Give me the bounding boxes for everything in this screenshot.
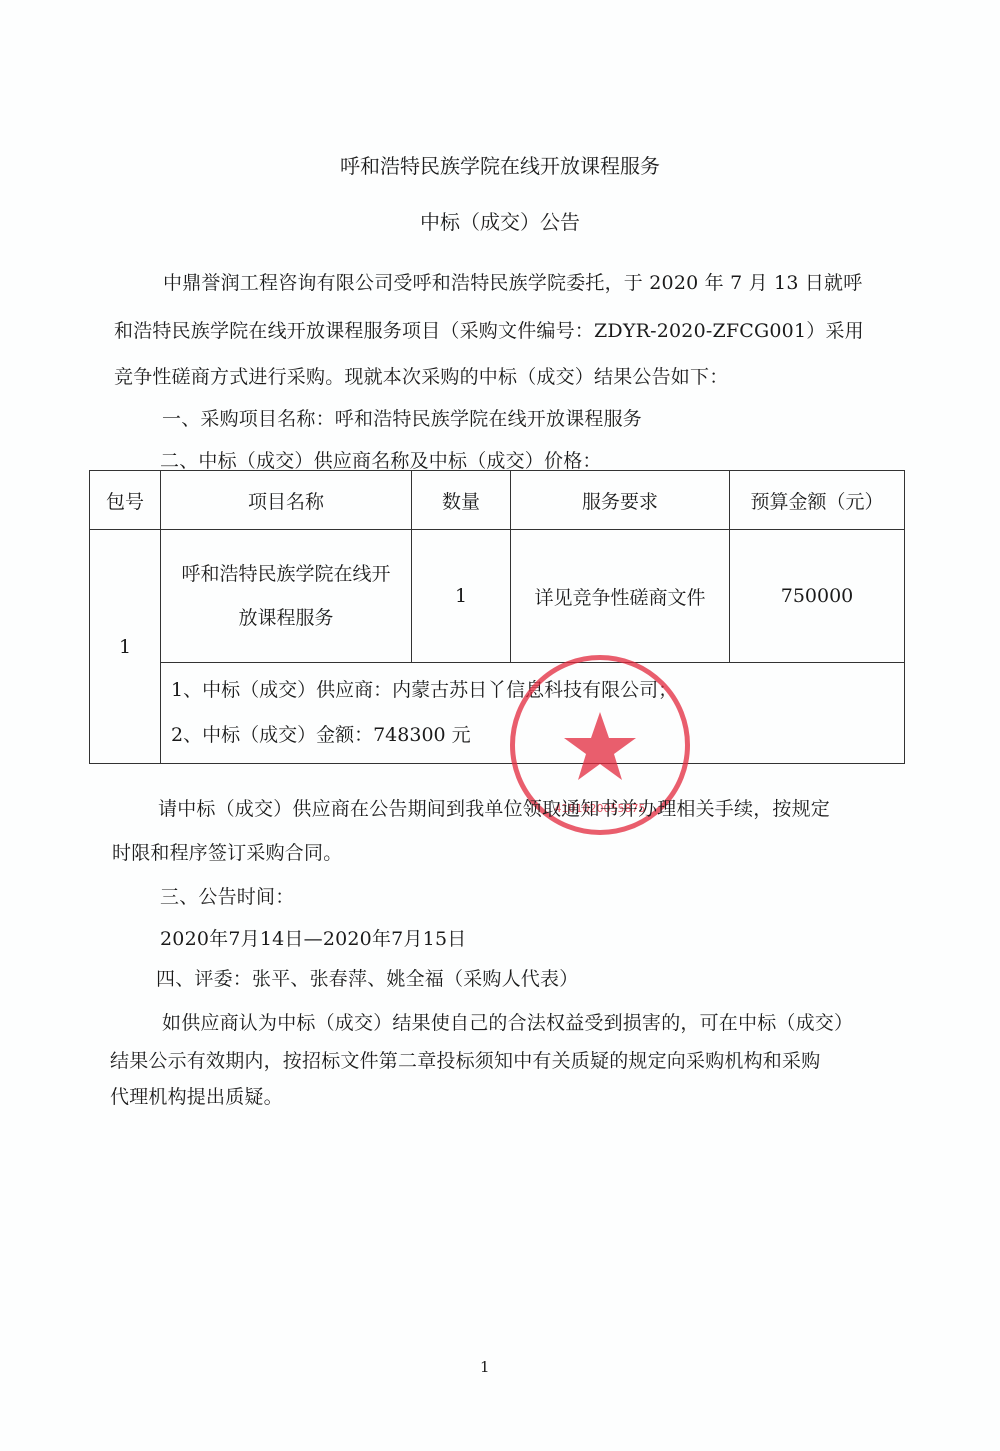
header-project-name: 项目名称 bbox=[161, 471, 412, 530]
closing-line-1: 如供应商认为中标（成交）结果使自己的合法权益受到损害的，可在中标（成交） bbox=[162, 1008, 853, 1035]
table-header-row: 包号 项目名称 数量 服务要求 预算金额（元） bbox=[90, 471, 905, 530]
doc-subtitle: 中标（成交）公告 bbox=[0, 206, 1000, 235]
notice-line-1: 请中标（成交）供应商在公告期间到我单位领取通知书并办理相关手续，按规定 bbox=[158, 794, 830, 821]
section-1: 一、采购项目名称：呼和浩特民族学院在线开放课程服务 bbox=[162, 404, 642, 431]
project-name-line-2: 放课程服务 bbox=[161, 596, 411, 640]
header-package: 包号 bbox=[90, 471, 161, 530]
header-budget: 预算金额（元） bbox=[730, 471, 905, 530]
section-3: 三、公告时间： bbox=[160, 882, 294, 909]
table-result-row: 1、中标（成交）供应商：内蒙古苏日丫信息科技有限公司； 2、中标（成交）金额：7… bbox=[90, 663, 905, 764]
intro-line-2: 和浩特民族学院在线开放课程服务项目（采购文件编号：ZDYR-2020-ZFCG0… bbox=[114, 316, 864, 343]
header-quantity: 数量 bbox=[412, 471, 511, 530]
section-4: 四、评委：张平、张春萍、姚全福（采购人代表） bbox=[156, 964, 578, 991]
header-requirement: 服务要求 bbox=[511, 471, 730, 530]
cell-project-name: 呼和浩特民族学院在线开 放课程服务 bbox=[161, 530, 412, 663]
doc-title: 呼和浩特民族学院在线开放课程服务 bbox=[0, 150, 1000, 179]
cell-package: 1 bbox=[90, 530, 161, 764]
closing-line-3: 代理机构提出质疑。 bbox=[110, 1082, 283, 1109]
notice-line-2: 时限和程序签订采购合同。 bbox=[112, 838, 342, 865]
award-table: 包号 项目名称 数量 服务要求 预算金额（元） 1 呼和浩特民族学院在线开 放课… bbox=[89, 470, 905, 764]
cell-quantity: 1 bbox=[412, 530, 511, 663]
announcement-period: 2020年7月14日—2020年7月15日 bbox=[160, 924, 466, 951]
closing-line-2: 结果公示有效期内，按招标文件第二章投标须知中有关质疑的规定向采购机构和采购 bbox=[110, 1046, 820, 1073]
section-2: 二、中标（成交）供应商名称及中标（成交）价格： bbox=[160, 446, 602, 473]
project-name-line-1: 呼和浩特民族学院在线开 bbox=[161, 552, 411, 596]
cell-requirement: 详见竞争性磋商文件 bbox=[511, 530, 730, 663]
intro-line-3: 竞争性磋商方式进行采购。现就本次采购的中标（成交）结果公告如下： bbox=[114, 362, 728, 389]
page-number: 1 bbox=[480, 1358, 490, 1376]
table-row: 1 呼和浩特民族学院在线开 放课程服务 1 详见竞争性磋商文件 750000 bbox=[90, 530, 905, 663]
intro-line-1: 中鼎誉润工程咨询有限公司受呼和浩特民族学院委托，于 2020 年 7 月 13 … bbox=[163, 268, 862, 295]
cell-budget: 750000 bbox=[730, 530, 905, 663]
